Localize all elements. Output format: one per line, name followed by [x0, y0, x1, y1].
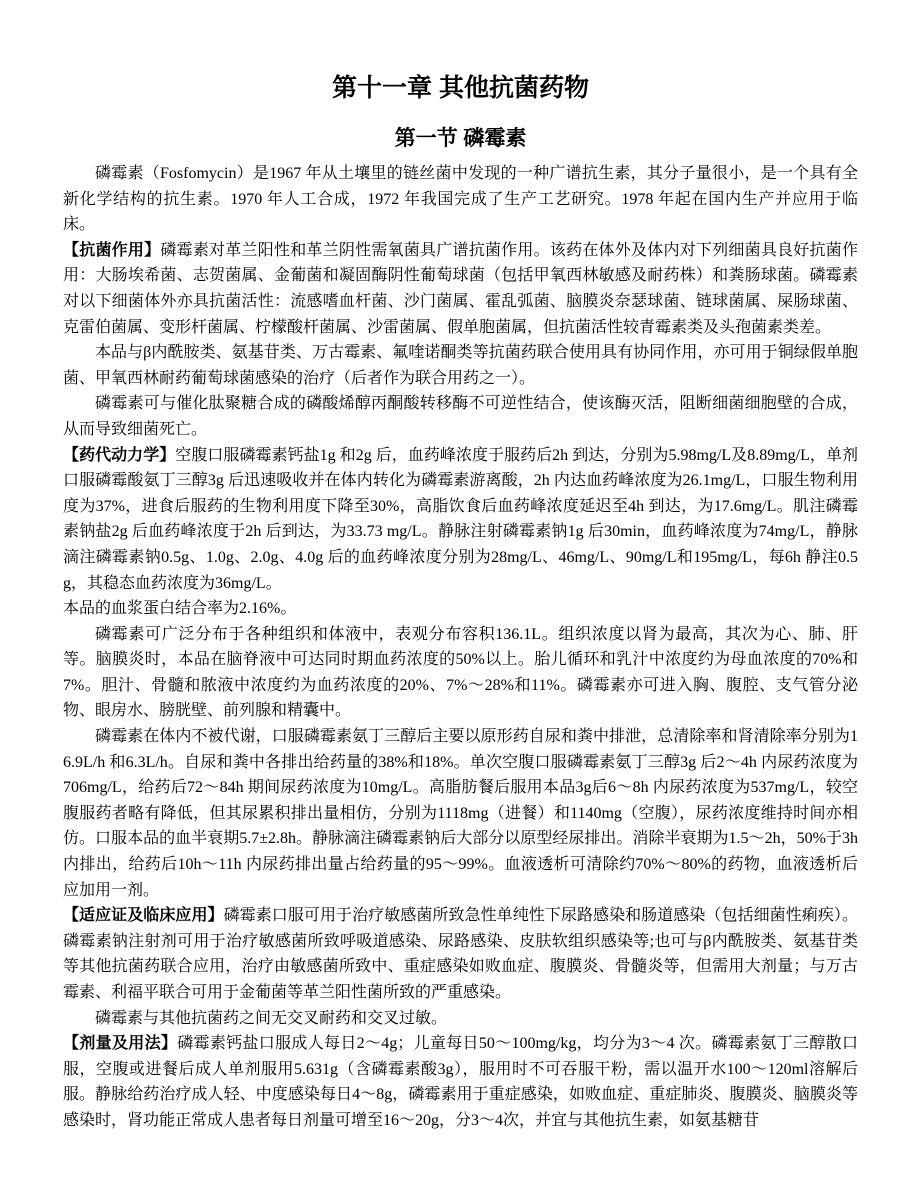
- paragraph-text: 磷霉素对革兰阳性和革兰阴性需氧菌具广谱抗菌作用。该药在体外及体内对下列细菌具良好…: [63, 242, 858, 336]
- paragraph-text: 磷霉素可与催化肽聚糖合成的磷酸烯醇丙酮酸转移酶不可逆性结合，使该酶灭活，阻断细菌…: [63, 395, 858, 438]
- paragraph-text: 磷霉素在体内不被代谢，口服磷霉素氨丁三醇后主要以原形药自尿和粪中排泄，总清除率和…: [63, 728, 858, 899]
- paragraph-pharmacokinetics: 【药代动力学】空腹口服磷霉素钙盐1g 和2g 后，血药峰浓度于服药后2h 到达，…: [63, 443, 858, 597]
- paragraph-text: 磷霉素（Fosfomycin）是1967 年从土壤里的链丝菌中发现的一种广谱抗生…: [63, 165, 858, 233]
- document-page: 第十一章 其他抗菌药物 第一节 磷霉素 磷霉素（Fosfomycin）是1967…: [0, 0, 920, 1191]
- paragraph-antibacterial-action: 【抗菌作用】磷霉素对革兰阳性和革兰阴性需氧菌具广谱抗菌作用。该药在体外及体内对下…: [63, 238, 858, 340]
- paragraph-text: 磷霉素可广泛分布于各种组织和体液中，表观分布容积136.1L。组织浓度以肾为最高…: [63, 626, 858, 720]
- paragraph-excretion: 磷霉素在体内不被代谢，口服磷霉素氨丁三醇后主要以原形药自尿和粪中排泄，总清除率和…: [63, 724, 858, 903]
- paragraph-indications: 【适应证及临床应用】磷霉素口服可用于治疗敏感菌所致急性单纯性下尿路感染和肠道感染…: [63, 903, 858, 1005]
- paragraph-distribution: 磷霉素可广泛分布于各种组织和体液中，表观分布容积136.1L。组织浓度以肾为最高…: [63, 622, 858, 724]
- paragraph-intro: 磷霉素（Fosfomycin）是1967 年从土壤里的链丝菌中发现的一种广谱抗生…: [63, 161, 858, 238]
- paragraph-text: 磷霉素与其他抗菌药之间无交叉耐药和交叉过敏。: [95, 1010, 447, 1027]
- chapter-title: 第十一章 其他抗菌药物: [63, 73, 858, 103]
- paragraph-label: 【适应证及临床应用】: [63, 907, 224, 924]
- paragraph-text: 空腹口服磷霉素钙盐1g 和2g 后，血药峰浓度于服药后2h 到达，分别为5.98…: [63, 447, 858, 592]
- paragraph-label: 【药代动力学】: [63, 447, 175, 464]
- paragraph-text: 磷霉素钙盐口服成人每日2～4g；儿童每日50～100mg/kg，均分为3～4 次…: [63, 1035, 858, 1129]
- paragraph-dosage-usage: 【剂量及用法】磷霉素钙盐口服成人每日2～4g；儿童每日50～100mg/kg，均…: [63, 1031, 858, 1133]
- section-title: 第一节 磷霉素: [63, 125, 858, 152]
- paragraph-mechanism: 磷霉素可与催化肽聚糖合成的磷酸烯醇丙酮酸转移酶不可逆性结合，使该酶灭活，阻断细菌…: [63, 391, 858, 442]
- paragraph-protein-binding: 本品的血浆蛋白结合率为2.16%。: [63, 596, 858, 622]
- paragraph-text: 本品的血浆蛋白结合率为2.16%。: [63, 600, 296, 617]
- paragraph-label: 【抗菌作用】: [63, 242, 160, 259]
- paragraph-combination-synergy: 本品与β内酰胺类、氨基苷类、万古霉素、氟喹诺酮类等抗菌药联合使用具有协同作用，亦…: [63, 340, 858, 391]
- paragraph-cross-resistance: 磷霉素与其他抗菌药之间无交叉耐药和交叉过敏。: [63, 1006, 858, 1032]
- document-body: 磷霉素（Fosfomycin）是1967 年从土壤里的链丝菌中发现的一种广谱抗生…: [63, 161, 858, 1134]
- paragraph-text: 本品与β内酰胺类、氨基苷类、万古霉素、氟喹诺酮类等抗菌药联合使用具有协同作用，亦…: [63, 344, 858, 387]
- paragraph-label: 【剂量及用法】: [63, 1035, 177, 1052]
